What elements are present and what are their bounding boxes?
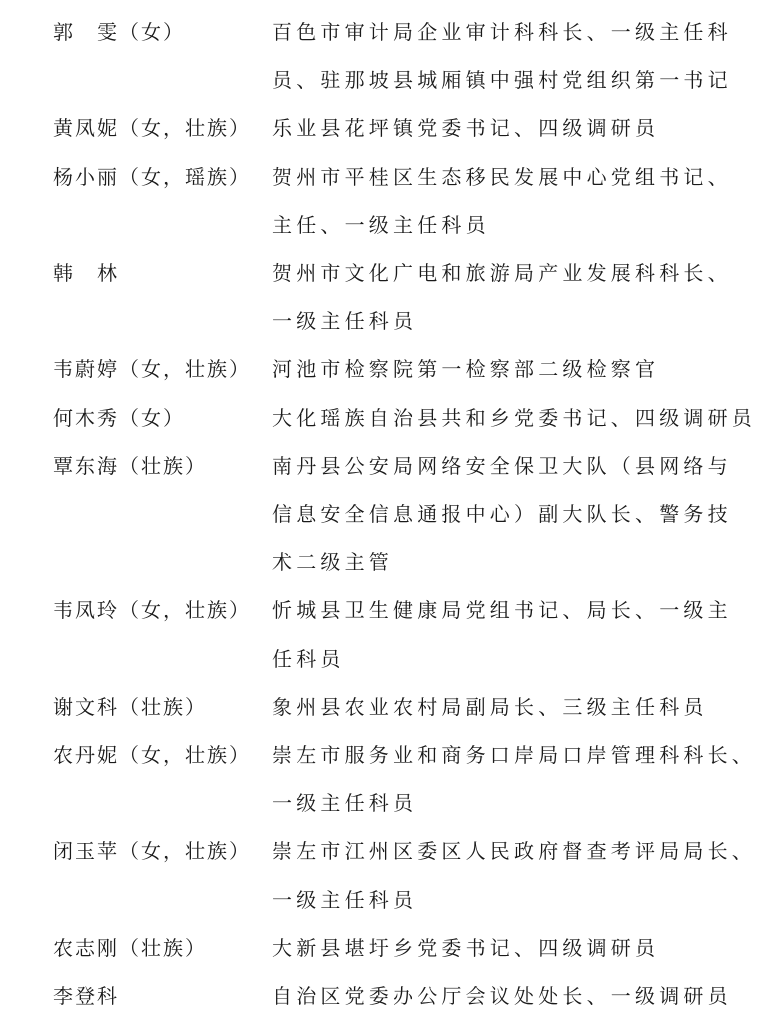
- appointment-list: 郭 雯（女） 百色市审计局企业审计科科长、一级主任科 员、驻那坡县城厢镇中强村党…: [0, 8, 771, 1020]
- person-name: 郭 雯（女）: [0, 8, 272, 104]
- position-description: 乐业县花坪镇党委书记、四级调研员: [272, 104, 742, 152]
- description-line: 员、驻那坡县城厢镇中强村党组织第一书记: [272, 56, 742, 104]
- person-name: 谢文科（壮族）: [0, 683, 272, 731]
- position-description: 崇左市服务业和商务口岸局口岸管理科科长、 一级主任科员: [272, 731, 742, 827]
- position-description: 象州县农业农村局副局长、三级主任科员: [272, 683, 742, 731]
- person-name: 杨小丽（女，瑶族）: [0, 153, 272, 249]
- position-description: 大新县堪圩乡党委书记、四级调研员: [272, 924, 742, 972]
- person-name: 韩 林: [0, 249, 272, 345]
- position-description: 南丹县公安局网络安全保卫大队（县网络与 信息安全信息通报中心）副大队长、警务技 …: [272, 442, 742, 587]
- list-item: 韦凤玲（女，壮族） 忻城县卫生健康局党组书记、局长、一级主 任科员: [0, 586, 771, 682]
- person-name: 农丹妮（女，壮族）: [0, 731, 272, 827]
- description-line: 一级主任科员: [272, 779, 742, 827]
- list-item: 覃东海（壮族） 南丹县公安局网络安全保卫大队（县网络与 信息安全信息通报中心）副…: [0, 442, 771, 587]
- position-description: 自治区党委办公厅会议处处长、一级调研员: [272, 972, 742, 1020]
- description-line: 一级主任科员: [272, 876, 742, 924]
- position-description: 百色市审计局企业审计科科长、一级主任科 员、驻那坡县城厢镇中强村党组织第一书记: [272, 8, 742, 104]
- list-item: 杨小丽（女，瑶族） 贺州市平桂区生态移民发展中心党组书记、 主任、一级主任科员: [0, 153, 771, 249]
- list-item: 农丹妮（女，壮族） 崇左市服务业和商务口岸局口岸管理科科长、 一级主任科员: [0, 731, 771, 827]
- list-item: 韦蔚婷（女，壮族） 河池市检察院第一检察部二级检察官: [0, 345, 771, 393]
- description-line: 任科员: [272, 635, 742, 683]
- list-item: 闭玉苹（女，壮族） 崇左市江州区委区人民政府督查考评局局长、 一级主任科员: [0, 827, 771, 923]
- description-line: 忻城县卫生健康局党组书记、局长、一级主: [272, 586, 742, 634]
- description-line: 乐业县花坪镇党委书记、四级调研员: [272, 104, 742, 152]
- description-line: 崇左市江州区委区人民政府督查考评局局长、: [272, 827, 742, 875]
- description-line: 贺州市平桂区生态移民发展中心党组书记、: [272, 153, 742, 201]
- person-name: 韦蔚婷（女，壮族）: [0, 345, 272, 393]
- list-item: 韩 林 贺州市文化广电和旅游局产业发展科科长、 一级主任科员: [0, 249, 771, 345]
- description-line: 信息安全信息通报中心）副大队长、警务技: [272, 490, 742, 538]
- list-item: 谢文科（壮族） 象州县农业农村局副局长、三级主任科员: [0, 683, 771, 731]
- position-description: 崇左市江州区委区人民政府督查考评局局长、 一级主任科员: [272, 827, 742, 923]
- position-description: 河池市检察院第一检察部二级检察官: [272, 345, 742, 393]
- description-line: 河池市检察院第一检察部二级检察官: [272, 345, 742, 393]
- person-name: 韦凤玲（女，壮族）: [0, 586, 272, 682]
- position-description: 贺州市平桂区生态移民发展中心党组书记、 主任、一级主任科员: [272, 153, 742, 249]
- position-description: 贺州市文化广电和旅游局产业发展科科长、 一级主任科员: [272, 249, 742, 345]
- description-line: 主任、一级主任科员: [272, 201, 742, 249]
- description-line: 大新县堪圩乡党委书记、四级调研员: [272, 924, 742, 972]
- person-name: 农志刚（壮族）: [0, 924, 272, 972]
- person-name: 李登科: [0, 972, 272, 1020]
- list-item: 李登科 自治区党委办公厅会议处处长、一级调研员: [0, 972, 771, 1020]
- description-line: 象州县农业农村局副局长、三级主任科员: [272, 683, 742, 731]
- description-line: 百色市审计局企业审计科科长、一级主任科: [272, 8, 742, 56]
- list-item: 黄凤妮（女，壮族） 乐业县花坪镇党委书记、四级调研员: [0, 104, 771, 152]
- list-item: 郭 雯（女） 百色市审计局企业审计科科长、一级主任科 员、驻那坡县城厢镇中强村党…: [0, 8, 771, 104]
- description-line: 术二级主管: [272, 538, 742, 586]
- description-line: 贺州市文化广电和旅游局产业发展科科长、: [272, 249, 742, 297]
- position-description: 忻城县卫生健康局党组书记、局长、一级主 任科员: [272, 586, 742, 682]
- list-item: 农志刚（壮族） 大新县堪圩乡党委书记、四级调研员: [0, 924, 771, 972]
- person-name: 黄凤妮（女，壮族）: [0, 104, 272, 152]
- description-line: 自治区党委办公厅会议处处长、一级调研员: [272, 972, 742, 1020]
- description-line: 大化瑶族自治县共和乡党委书记、四级调研员: [272, 394, 742, 442]
- description-line: 南丹县公安局网络安全保卫大队（县网络与: [272, 442, 742, 490]
- description-line: 崇左市服务业和商务口岸局口岸管理科科长、: [272, 731, 742, 779]
- position-description: 大化瑶族自治县共和乡党委书记、四级调研员: [272, 394, 742, 442]
- person-name: 何木秀（女）: [0, 394, 272, 442]
- person-name: 闭玉苹（女，壮族）: [0, 827, 272, 923]
- list-item: 何木秀（女） 大化瑶族自治县共和乡党委书记、四级调研员: [0, 394, 771, 442]
- person-name: 覃东海（壮族）: [0, 442, 272, 587]
- description-line: 一级主任科员: [272, 297, 742, 345]
